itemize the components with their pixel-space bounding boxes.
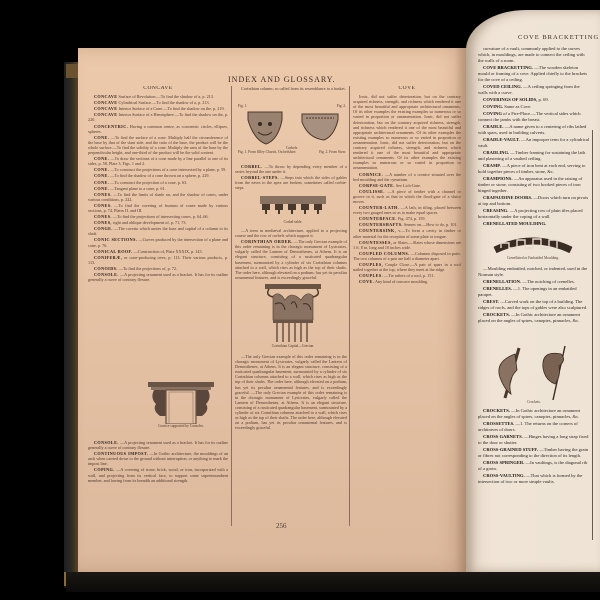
entry: COUPLES. —Tie rafters of a roof, p. 151. xyxy=(353,273,461,278)
entry: CONES. —To find the covering of frustum … xyxy=(88,203,228,213)
entry: CROCKETS. —In Gothic architecture an orn… xyxy=(478,312,590,324)
corbel-table-illustration xyxy=(260,196,326,220)
entry: COPING. —A covering of stone, brick, woo… xyxy=(88,467,228,482)
right-column-bottom: CROCKETS. —In Gothic architecture an orn… xyxy=(478,408,590,558)
entry: CONE. —To draw the sections of a cone ma… xyxy=(88,156,228,166)
entry: CONES, right and oblique development of,… xyxy=(88,220,228,225)
book-cover-bottom-edge xyxy=(66,572,600,592)
entry: CONES. —To find the projections of inter… xyxy=(88,214,228,219)
right-page: COVE BRACKETTING curvature of a vault, c… xyxy=(466,10,600,572)
entry: COVE BRACKETTING. —The wooden skeleton m… xyxy=(478,65,590,83)
right-column-middle: —Moulding embattled, notched, or indente… xyxy=(478,266,590,346)
entry: COVING. Same as Cove. xyxy=(478,104,590,110)
column-corbel-intro: Corinthian column; so called from its re… xyxy=(235,86,347,100)
entry: COUNTERFACE. Fig. 474, p. 159. xyxy=(353,216,461,221)
entry: CONSOLE. —A projecting ornament used as … xyxy=(88,272,228,282)
column-head: COVE xyxy=(353,86,461,91)
entry: CREASING. —A projecting row of plain til… xyxy=(478,208,590,220)
entry: CONE. —To construct the projection of a … xyxy=(88,180,228,185)
column-concave-continued: CONSOLE. —A projecting ornament used as … xyxy=(88,440,228,520)
entry: CONCAVE Cylindrical Surface.—To find the… xyxy=(88,100,228,105)
column-rule xyxy=(349,86,350,526)
figure-crenellated-moulding: Crenellated or Embattled Moulding. xyxy=(488,232,578,260)
entry: COUPLED COLUMNS. —Columns disposed in pa… xyxy=(353,251,461,261)
entry: CONGE. —The cavetto which unites the bas… xyxy=(88,226,228,236)
entry: —A term in mediæval architecture, applie… xyxy=(235,228,347,238)
figure-cornice-console: Cornice supported by Consoles. xyxy=(136,378,226,428)
entry: COUNTER-LATH. —A lath, in tiling, placed… xyxy=(353,205,461,215)
entry: CONOIDS. —To find the projections of, p.… xyxy=(88,266,228,271)
entry: CONES. —To find the limits of shade on, … xyxy=(88,192,228,202)
entry: Ionic, did not suffer deterioration, but… xyxy=(353,94,461,170)
corbels-illustration xyxy=(238,108,346,146)
running-head: COVE BRACKETTING xyxy=(518,34,599,41)
entry: —The only Grecian example of this order … xyxy=(235,354,347,430)
crockets-illustration xyxy=(489,344,579,400)
entry: CORNICE. —A number of a cornice situated… xyxy=(353,172,461,182)
running-head: INDEX AND GLOSSARY. xyxy=(228,75,336,84)
entry: CREST. —Carved work on the top of a buil… xyxy=(478,299,590,311)
entry: CONE. —To find the surface of a cone. Mu… xyxy=(88,135,228,155)
entry: CORBEL-STEPS. —Steps into which the side… xyxy=(235,175,347,190)
entry: CROSS GARNETS. —Hinges having a long str… xyxy=(478,434,590,446)
figure-corinthian-capital: Corinthian Capital—Grecian. xyxy=(250,284,336,348)
entry: CRENELLATION. —The notching of crenelles… xyxy=(478,279,590,285)
entry: CONCAVE Interior Surface of a Cone.—To f… xyxy=(88,106,228,111)
column-concave: CONCAVE CONCAVE Surface of Revolution.—T… xyxy=(88,86,228,370)
entry: CONCAVE Surface of Revolution.—To find t… xyxy=(88,94,228,99)
column-corinthian-continued: —The only Grecian example of this order … xyxy=(235,354,347,524)
figure-crockets: Crockets. xyxy=(486,344,582,404)
entry: CRENELLES. —1. The openings in an embatt… xyxy=(478,286,590,298)
figure-corbel-table: Corbel-table. xyxy=(248,196,338,224)
entry: CONSOLE. —A projecting ornament used as … xyxy=(88,440,228,450)
entry: CORBEL. —To throw by depending every mem… xyxy=(235,164,347,174)
cornice-console-illustration xyxy=(146,378,216,424)
entry: —Moulding embattled, notched, or indente… xyxy=(478,266,590,278)
entry: CONCAVE Interior Surface of a Hemisphere… xyxy=(88,112,228,122)
entry: COVERINGS OF SOLIDS, p. 69. xyxy=(478,97,590,103)
entry: COUNTERSHAFTS. Sennes on.—How to do, p. … xyxy=(353,222,461,227)
entry: COVE. Any kind of concave moulding. xyxy=(353,279,461,284)
entry: CORINTHIAN ORDER. —The only Grecian exam… xyxy=(235,239,347,280)
figure-caption: Cornice supported by Consoles. xyxy=(158,424,204,428)
entry: CORPSE-GATE. See Lich-Gate. xyxy=(353,183,461,188)
entry: COVING of a Fire-Place.—The vertical sid… xyxy=(478,111,590,123)
entry: CONE. —To construct the projections of a… xyxy=(88,167,228,172)
entry: CRAMP. —A piece of iron bent at each end… xyxy=(478,163,590,175)
left-page: INDEX AND GLOSSARY. CONCAVE CONCAVE Surf… xyxy=(78,48,468,572)
figure-corbels: Fig. 1. Fig. 2. Corbels. Fig. 1. From If… xyxy=(238,104,346,154)
column-corinthian: —A term in mediæval architecture, applie… xyxy=(235,228,347,280)
page-number: 256 xyxy=(276,522,287,530)
entry: CONTINUOUS IMPOST. —In Gothic architectu… xyxy=(88,451,228,466)
entry: CRENELLATED MOULDING. xyxy=(478,221,590,227)
entry: COUNTESSES, or Slates.—Slates whose dime… xyxy=(353,240,461,250)
crenellated-moulding-illustration xyxy=(493,232,573,256)
column-head: CONCAVE xyxy=(88,86,228,91)
entry: CRADLING. —Timber framing for sustaining… xyxy=(478,150,590,162)
entry: CONCENTRIC. Having a common centre, as c… xyxy=(88,124,228,134)
column-cove: COVE Ionic, did not suffer deterioration… xyxy=(353,86,461,526)
entry: curvature of a vault, commonly applied t… xyxy=(478,46,590,64)
entry: Corinthian column; so called from its re… xyxy=(235,86,347,91)
entry: CRADLE-VAULT. —An improper term for a cy… xyxy=(478,137,590,149)
entry: CRAPAUDINE DOORS. —Doors which turn on p… xyxy=(478,195,590,207)
column-rule xyxy=(231,86,232,526)
entry: CROSS-VAULTING. —That which is formed by… xyxy=(478,473,590,485)
column-corbel: CORBEL. —To throw by depending every mem… xyxy=(235,164,347,192)
corinthian-capital-illustration xyxy=(265,284,321,344)
entry: CORBEL-TABLE. xyxy=(235,191,347,192)
entry: COULISSE. —A piece of timber with a chan… xyxy=(353,189,461,204)
entry: CROSSETTES. —1. The returns on the corne… xyxy=(478,421,590,433)
entry: CONICAL ROOF. —Construction of, Plate XX… xyxy=(88,249,228,254)
entry: COUNTERSINK, v.—To form a cavity in timb… xyxy=(353,228,461,238)
column-rule xyxy=(592,130,593,540)
entry: COUPLES, Couple Close.—A pair of spars i… xyxy=(353,262,461,272)
entry: CRADLE. —A name given to a centering of … xyxy=(478,124,590,136)
entry: CROCKETS. —In Gothic architecture an orn… xyxy=(478,408,590,420)
entry: CONE. —To find the shadow of a cone thro… xyxy=(88,173,228,178)
entry: CONIFERÆ, or cone-producing trees, p. 11… xyxy=(88,255,228,265)
right-column-top: curvature of a vault, commonly applied t… xyxy=(478,46,590,232)
entry: CROSS SPRINGER. —In vaultings, is the di… xyxy=(478,460,590,472)
entry: CRAMPIONS. —An apparatus used in the rai… xyxy=(478,176,590,194)
entry: COVED CEILING. —A ceiling springing from… xyxy=(478,84,590,96)
entry: CROSS-GRAINED STUFF. —Timber having the … xyxy=(478,447,590,459)
entry: CONE. —Tangent plane to a cone, p. 61. xyxy=(88,186,228,191)
entry: CONIC SECTIONS. —Curves produced by the … xyxy=(88,237,228,247)
